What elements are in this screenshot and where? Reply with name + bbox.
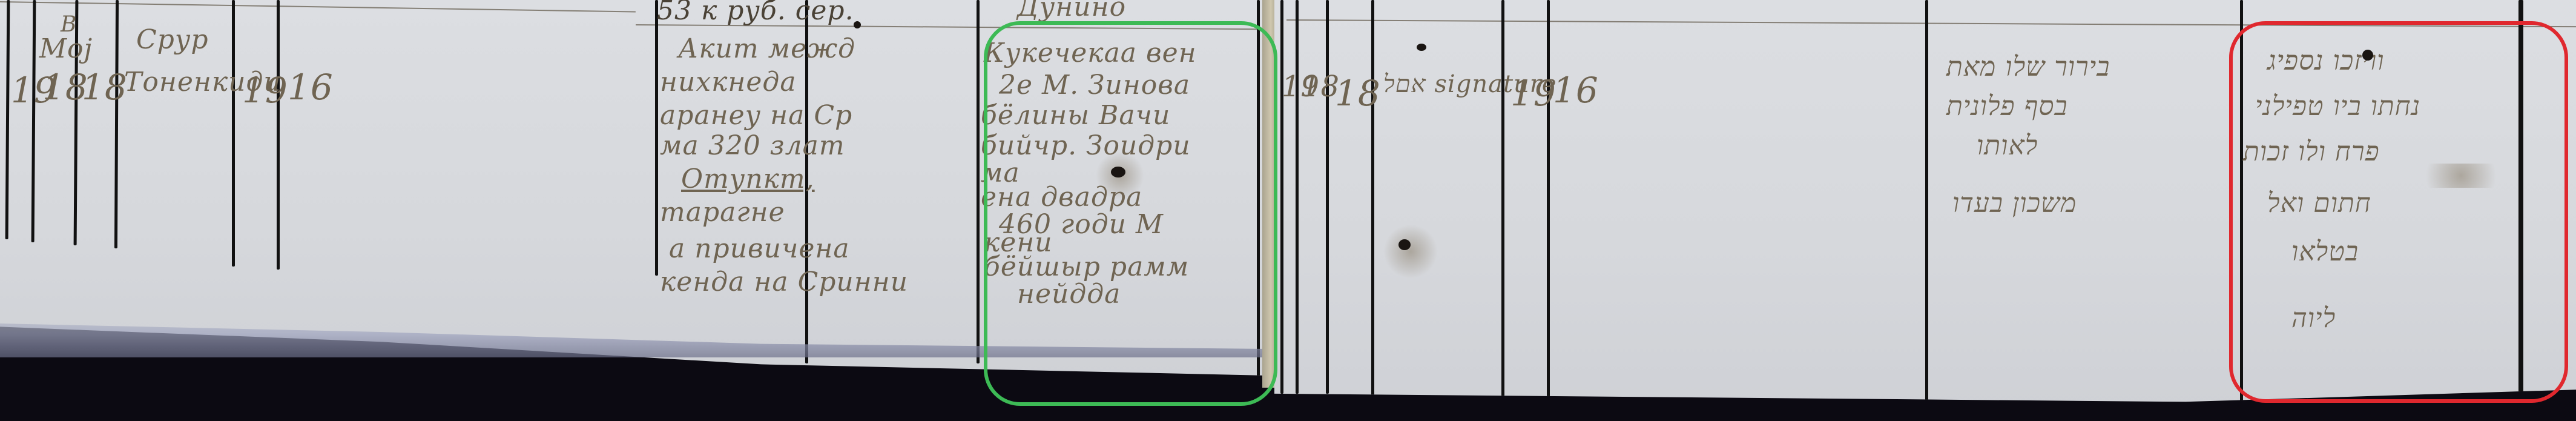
cell-col3: 18 bbox=[82, 67, 128, 108]
column-rule bbox=[232, 0, 235, 267]
column-rule bbox=[277, 0, 280, 270]
note-line: משכון בעדו bbox=[1952, 188, 2077, 219]
note-line: ма 320 злат bbox=[660, 130, 845, 161]
column-rule bbox=[1326, 0, 1329, 394]
cell-col5: 19 bbox=[242, 70, 288, 111]
name-prefix: Срур bbox=[136, 24, 209, 55]
row-rule bbox=[0, 1, 636, 12]
column-rule bbox=[1280, 0, 1283, 394]
column-rule bbox=[655, 0, 658, 276]
note-line: לאותו bbox=[1977, 130, 2038, 161]
paper-hole bbox=[854, 21, 861, 28]
red-highlight-box bbox=[2229, 21, 2568, 403]
column-rule bbox=[114, 0, 119, 248]
note-line: Отупкт, bbox=[681, 164, 815, 194]
note-line: аранеу на Ср bbox=[660, 100, 852, 131]
cell-col5: 19 bbox=[1510, 73, 1556, 114]
note-line: בסף פלונית bbox=[1946, 91, 2068, 122]
note-line: нихкнеда bbox=[660, 67, 797, 98]
header-amount-text: 53 к руб. сер. bbox=[657, 0, 854, 26]
note-line: тарагне bbox=[660, 197, 785, 228]
cell-col6: 16 bbox=[288, 67, 334, 108]
cell-col3: 18 bbox=[1335, 73, 1381, 114]
column-rule bbox=[1925, 0, 1928, 403]
cell-col2: 18 bbox=[1302, 70, 1340, 104]
note-line: Акит межд bbox=[678, 33, 855, 64]
column-rule bbox=[1547, 0, 1550, 400]
paper-hole bbox=[1417, 44, 1426, 51]
note-line: а привичена bbox=[669, 233, 850, 264]
note-line: בירור שלו מאת bbox=[1946, 51, 2110, 82]
column-rule bbox=[1371, 0, 1374, 400]
column-rule bbox=[31, 0, 36, 242]
note-line: кенда на Сринни bbox=[660, 267, 908, 297]
column-rule bbox=[977, 0, 980, 363]
column-rule bbox=[1501, 0, 1504, 400]
paper-hole bbox=[1398, 239, 1411, 250]
cell-col6: 16 bbox=[1553, 70, 1599, 111]
column-rule bbox=[5, 0, 10, 239]
cell-col2-label: Мој bbox=[39, 33, 93, 64]
column-rule bbox=[1296, 0, 1299, 394]
green-highlight-box bbox=[984, 21, 1277, 406]
paper-stain bbox=[1383, 224, 1438, 279]
header-place-text: Дунино bbox=[1017, 0, 1126, 22]
